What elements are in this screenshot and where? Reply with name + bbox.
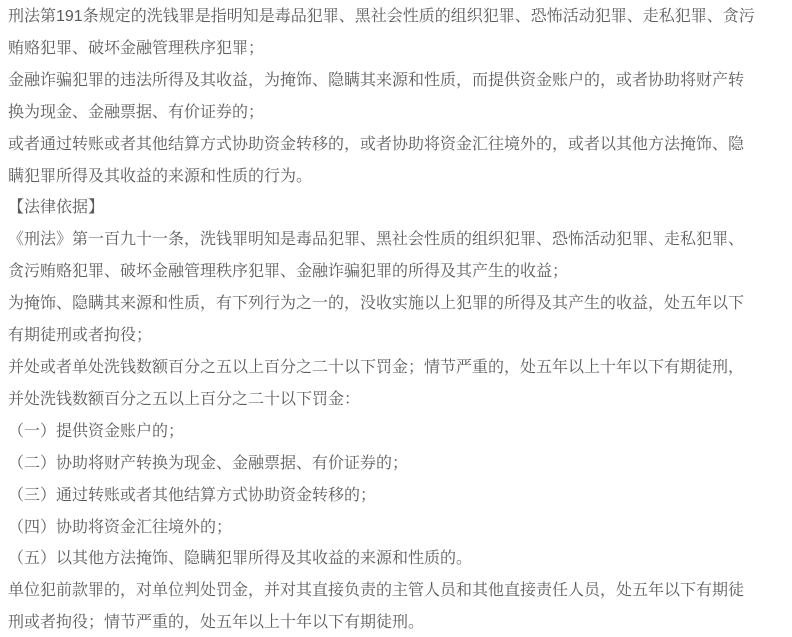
paragraph: 或者通过转账或者其他结算方式协助资金转移的，或者协助将资金汇往境外的，或者以其他… bbox=[8, 129, 756, 193]
paragraph: （二）协助将财产转换为现金、金融票据、有价证券的； bbox=[8, 448, 756, 480]
paragraph: 刑法第191条规定的洗钱罪是指明知是毒品犯罪、黑社会性质的组织犯罪、恐怖活动犯罪… bbox=[8, 1, 756, 65]
paragraph: （一）提供资金账户的； bbox=[8, 416, 756, 448]
paragraph: 单位犯前款罪的，对单位判处罚金，并对其直接负责的主管人员和其他直接责任人员，处五… bbox=[8, 575, 756, 637]
paragraph: 《刑法》第一百九十一条，洗钱罪明知是毒品犯罪、黑社会性质的组织犯罪、恐怖活动犯罪… bbox=[8, 224, 756, 288]
legal-text-document: 刑法第191条规定的洗钱罪是指明知是毒品犯罪、黑社会性质的组织犯罪、恐怖活动犯罪… bbox=[0, 0, 792, 637]
paragraph: （五）以其他方法掩饰、隐瞒犯罪所得及其收益的来源和性质的。 bbox=[8, 543, 756, 575]
section-heading: 【法律依据】 bbox=[8, 192, 756, 224]
paragraph: （四）协助将资金汇往境外的； bbox=[8, 512, 756, 544]
paragraph-list: 刑法第191条规定的洗钱罪是指明知是毒品犯罪、黑社会性质的组织犯罪、恐怖活动犯罪… bbox=[8, 1, 756, 637]
paragraph: 为掩饰、隐瞒其来源和性质，有下列行为之一的，没收实施以上犯罪的所得及其产生的收益… bbox=[8, 288, 756, 352]
paragraph: 并处或者单处洗钱数额百分之五以上百分之二十以下罚金；情节严重的，处五年以上十年以… bbox=[8, 352, 756, 416]
paragraph: 金融诈骗犯罪的违法所得及其收益，为掩饰、隐瞒其来源和性质，而提供资金账户的，或者… bbox=[8, 65, 756, 129]
paragraph: （三）通过转账或者其他结算方式协助资金转移的； bbox=[8, 480, 756, 512]
